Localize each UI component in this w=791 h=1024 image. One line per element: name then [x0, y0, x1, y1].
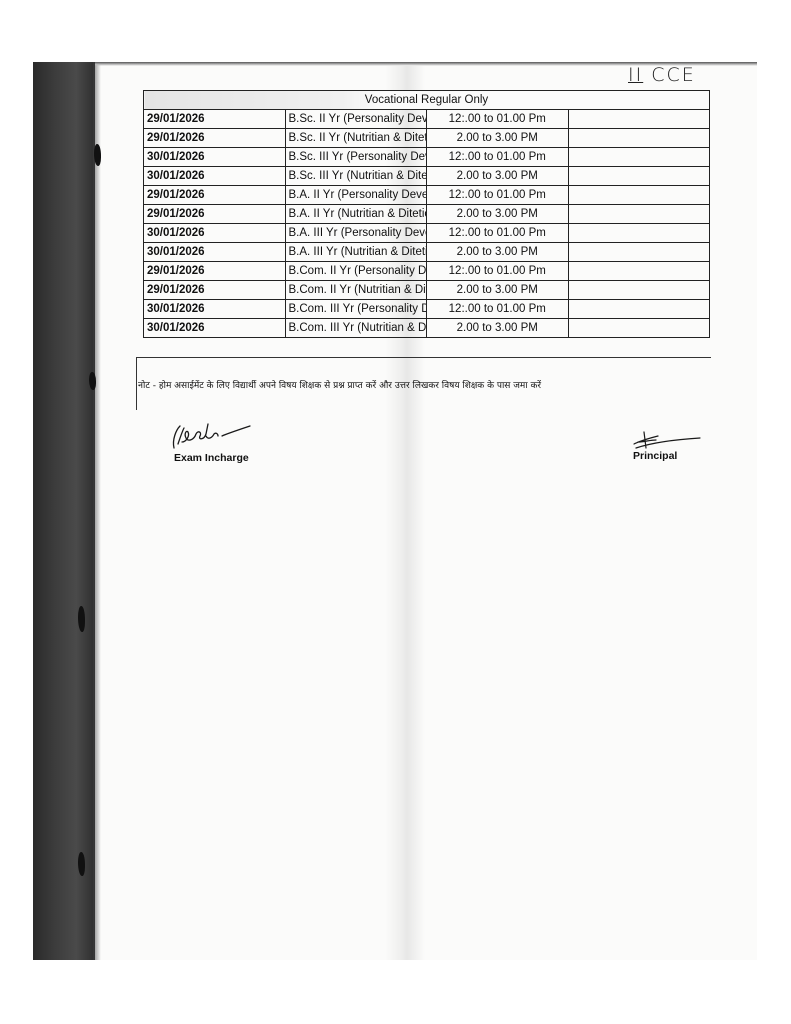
remarks-cell — [568, 205, 710, 224]
handwritten-annotation: II CCE — [628, 64, 696, 86]
date-cell: 30/01/2026 — [144, 300, 286, 319]
remarks-cell — [568, 186, 710, 205]
principal-signature — [628, 430, 708, 452]
remarks-cell — [568, 167, 710, 186]
course-cell: B.A. II Yr (Nutritian & Ditetics) — [285, 205, 427, 224]
course-cell: B.A. III Yr (Personality Development) — [285, 224, 427, 243]
remarks-cell — [568, 148, 710, 167]
remarks-cell — [568, 129, 710, 148]
course-cell: B.Sc. II Yr (Nutritian & Ditetics) — [285, 129, 427, 148]
time-cell: 12:.00 to 01.00 Pm — [427, 148, 569, 167]
time-cell: 12:.00 to 01.00 Pm — [427, 110, 569, 129]
time-cell: 12:.00 to 01.00 Pm — [427, 224, 569, 243]
note-text: नोट - होम असाईमेंट के लिए विद्यार्थी अपन… — [138, 378, 541, 391]
date-cell: 29/01/2026 — [144, 186, 286, 205]
remarks-cell — [568, 281, 710, 300]
time-cell: 2.00 to 3.00 PM — [427, 319, 569, 338]
remarks-cell — [568, 110, 710, 129]
table-row: 29/01/2026B.Sc. II Yr (Personality Devel… — [144, 110, 710, 129]
punch-hole-mark — [89, 372, 96, 390]
time-cell: 2.00 to 3.00 PM — [427, 281, 569, 300]
course-cell: B.Sc. III Yr (Nutritian & Ditetics) — [285, 167, 427, 186]
table-title-row: Vocational Regular Only — [144, 91, 710, 110]
table-row: 30/01/2026B.Sc. III Yr (Personality Deve… — [144, 148, 710, 167]
date-cell: 29/01/2026 — [144, 262, 286, 281]
date-cell: 30/01/2026 — [144, 148, 286, 167]
time-cell: 2.00 to 3.00 PM — [427, 167, 569, 186]
remarks-cell — [568, 262, 710, 281]
annotation-roman: II — [628, 64, 643, 86]
course-cell: B.Sc. II Yr (Personality Development) — [285, 110, 427, 129]
remarks-cell — [568, 319, 710, 338]
time-cell: 2.00 to 3.00 PM — [427, 205, 569, 224]
exam-incharge-label: Exam Incharge — [174, 452, 249, 464]
remarks-cell — [568, 243, 710, 262]
remarks-cell — [568, 300, 710, 319]
course-cell: B.Com. II Yr (Personality Development) — [285, 262, 427, 281]
principal-label: Principal — [633, 450, 677, 462]
table-row: 30/01/2026B.Com. III Yr (Nutritian & Dit… — [144, 319, 710, 338]
date-cell: 29/01/2026 — [144, 205, 286, 224]
table-row: 30/01/2026B.Sc. III Yr (Nutritian & Dite… — [144, 167, 710, 186]
table-row: 29/01/2026B.A. II Yr (Nutritian & Diteti… — [144, 205, 710, 224]
course-cell: B.Com. III Yr (Nutritian & Ditetics) — [285, 319, 427, 338]
table-row: 30/01/2026B.A. III Yr (Nutritian & Ditet… — [144, 243, 710, 262]
time-cell: 12:.00 to 01.00 Pm — [427, 186, 569, 205]
time-cell: 2.00 to 3.00 PM — [427, 129, 569, 148]
punch-hole-mark — [78, 852, 85, 876]
table-row: 30/01/2026B.Com. III Yr (Personality Dev… — [144, 300, 710, 319]
binding-strip — [33, 62, 95, 960]
table-title: Vocational Regular Only — [144, 91, 710, 110]
date-cell: 30/01/2026 — [144, 224, 286, 243]
course-cell: B.Sc. III Yr (Personality Development) — [285, 148, 427, 167]
exam-incharge-signature — [168, 418, 258, 452]
date-cell: 29/01/2026 — [144, 110, 286, 129]
date-cell: 30/01/2026 — [144, 167, 286, 186]
course-cell: B.A. II Yr (Personality Development) — [285, 186, 427, 205]
time-cell: 2.00 to 3.00 PM — [427, 243, 569, 262]
date-cell: 29/01/2026 — [144, 281, 286, 300]
date-cell: 29/01/2026 — [144, 129, 286, 148]
remarks-cell — [568, 224, 710, 243]
date-cell: 30/01/2026 — [144, 319, 286, 338]
course-cell: B.A. III Yr (Nutritian & Ditetics) — [285, 243, 427, 262]
annotation-text: CCE — [651, 64, 696, 86]
table-row: 29/01/2026B.Com. II Yr (Personality Deve… — [144, 262, 710, 281]
punch-hole-mark — [94, 144, 101, 166]
date-cell: 30/01/2026 — [144, 243, 286, 262]
table-row: 29/01/2026B.Sc. II Yr (Nutritian & Ditet… — [144, 129, 710, 148]
time-cell: 12:.00 to 01.00 Pm — [427, 262, 569, 281]
course-cell: B.Com. II Yr (Nutritian & Ditetics) — [285, 281, 427, 300]
time-cell: 12:.00 to 01.00 Pm — [427, 300, 569, 319]
table-row: 29/01/2026B.Com. II Yr (Nutritian & Dite… — [144, 281, 710, 300]
table-row: 30/01/2026B.A. III Yr (Personality Devel… — [144, 224, 710, 243]
course-cell: B.Com. III Yr (Personality Development) — [285, 300, 427, 319]
table-row: 29/01/2026B.A. II Yr (Personality Develo… — [144, 186, 710, 205]
punch-hole-mark — [78, 606, 85, 632]
exam-schedule-table: Vocational Regular Only 29/01/2026B.Sc. … — [143, 90, 710, 338]
